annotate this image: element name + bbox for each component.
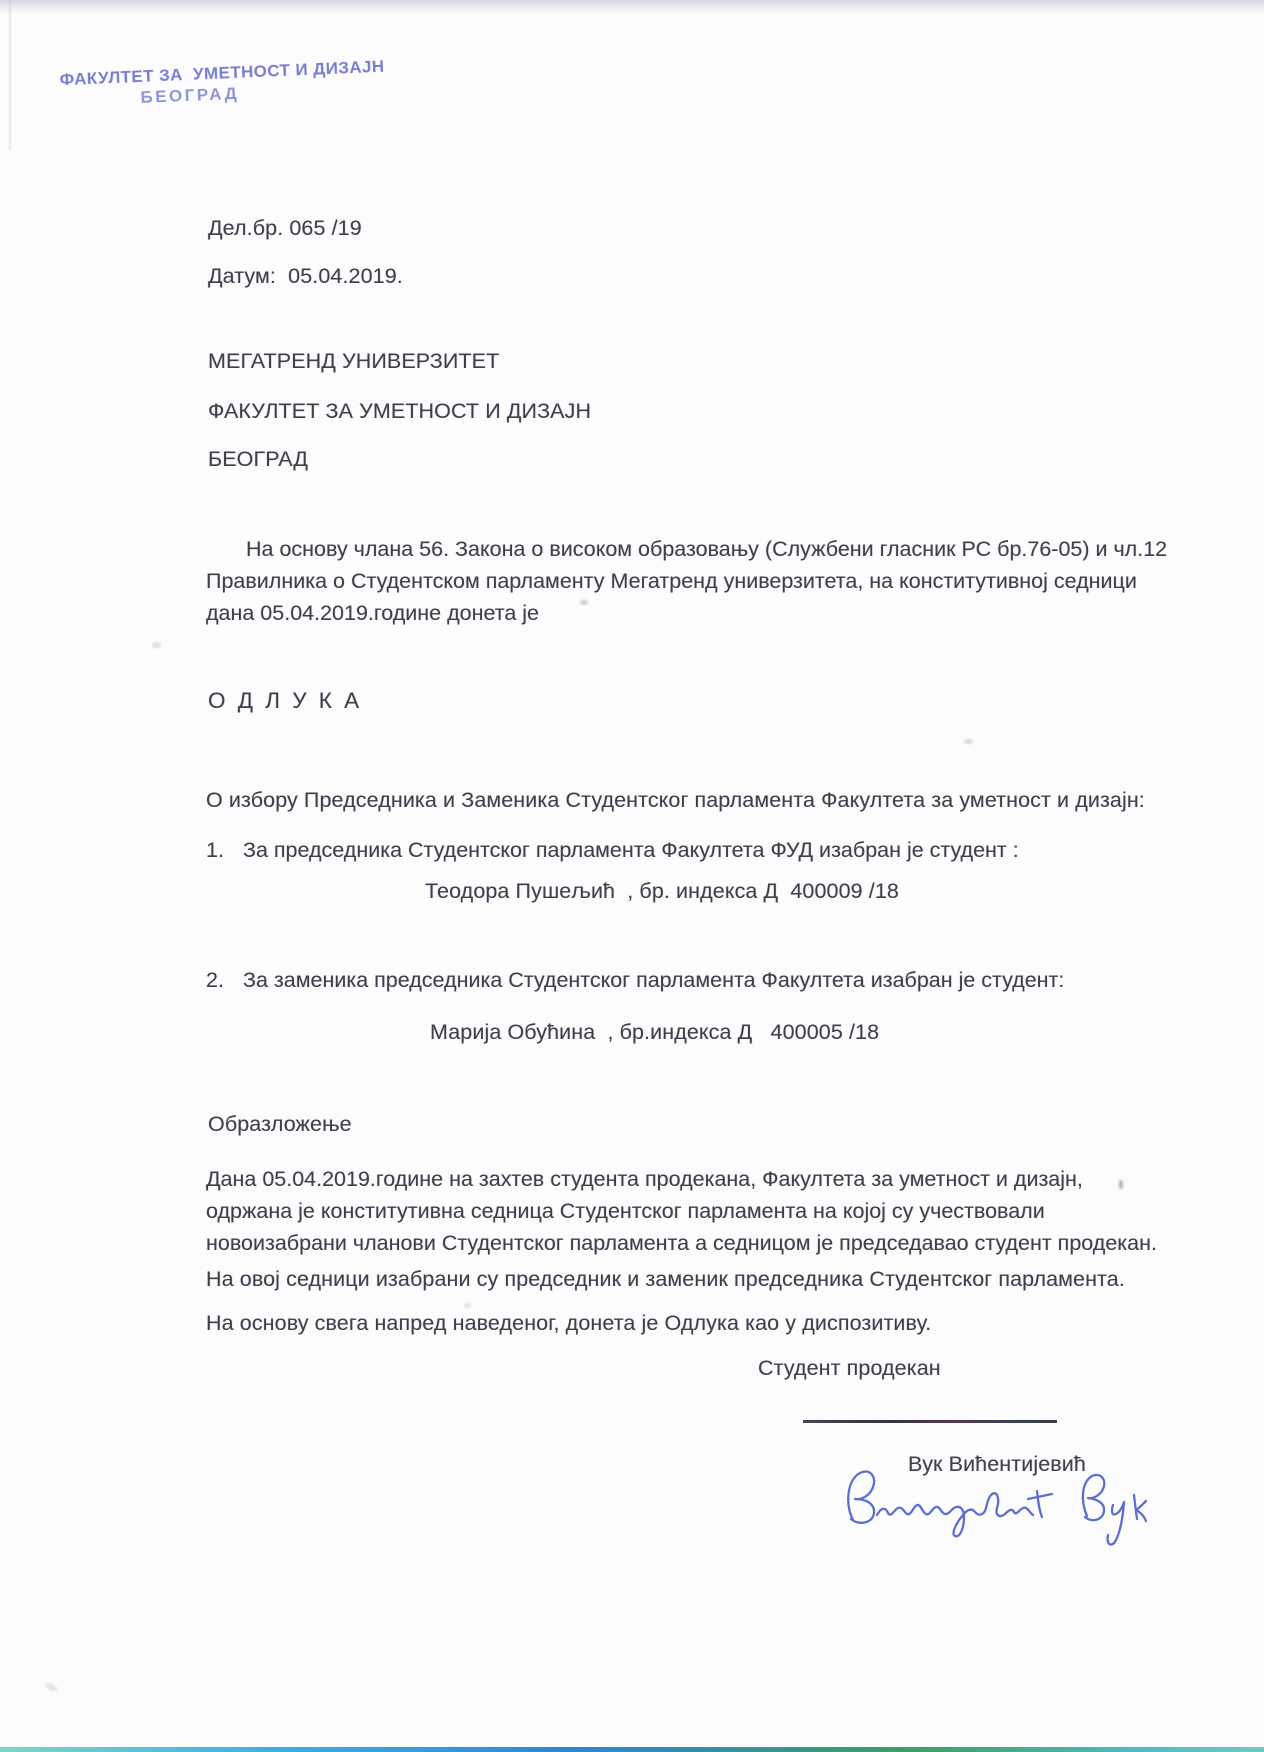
document-date: Датум: 05.04.2019. <box>208 264 403 289</box>
rationale-paragraph-3: На основу свега напред наведеног, донета… <box>206 1311 931 1336</box>
item-number: 2. <box>206 968 243 993</box>
signature-rule-line <box>803 1420 1057 1423</box>
preamble-line: Правилника о Студентском парламенту Мега… <box>206 565 1167 597</box>
preamble-paragraph: На основу члана 56. Закона о високом обр… <box>206 533 1167 629</box>
item-text: За председника Студентског парламента Фа… <box>243 838 1019 863</box>
elected-student-2: Марија Обућина , бр.индекса Д 400005 /18 <box>430 1020 879 1045</box>
preamble-line: На основу члана 56. Закона о високом обр… <box>206 533 1167 565</box>
decision-item-1: 1. За председника Студентског парламента… <box>206 838 1019 863</box>
rationale-line: новоизабрани чланови Студентског парламе… <box>206 1227 1157 1259</box>
scanner-edge-bottom <box>0 1747 1264 1752</box>
item-number: 1. <box>206 838 243 863</box>
scan-speck <box>464 1303 471 1308</box>
rationale-line: Дана 05.04.2019.године на захтев студент… <box>206 1163 1157 1195</box>
rationale-line: одржана је конститутивна седница Студент… <box>206 1195 1157 1227</box>
city-name: БЕОГРАД <box>208 447 308 472</box>
rationale-paragraph-2: На овој седници изабрани су председник и… <box>206 1267 1125 1292</box>
handwritten-signature <box>828 1458 1158 1553</box>
university-name: МЕГАТРЕНД УНИВЕРЗИТЕТ <box>208 349 499 374</box>
scanned-document-page: ФАКУЛТЕТ ЗА УМЕТНОСТ И ДИЗАЈН БЕОГРАД Де… <box>0 0 1264 1752</box>
scan-speck <box>152 642 161 648</box>
scanner-edge-top <box>0 0 1264 14</box>
scan-speck <box>43 1681 58 1692</box>
decision-title: О Д Л У К А <box>208 688 362 714</box>
rationale-heading: Образложење <box>208 1112 352 1137</box>
scan-speck <box>1119 1180 1123 1189</box>
reference-number: Дел.бр. 065 /19 <box>208 216 362 241</box>
faculty-name: ФАКУЛТЕТ ЗА УМЕТНОСТ И ДИЗАЈН <box>208 399 591 424</box>
scanner-edge-left <box>9 0 11 150</box>
elected-student-1: Теодора Пушељић , бр. индекса Д 400009 /… <box>425 879 899 904</box>
signatory-role: Студент продекан <box>758 1356 941 1381</box>
faculty-ink-stamp: ФАКУЛТЕТ ЗА УМЕТНОСТ И ДИЗАЈН БЕОГРАД <box>59 58 360 112</box>
rationale-paragraph-1: Дана 05.04.2019.године на захтев студент… <box>206 1163 1157 1259</box>
decision-subject: О избору Председника и Заменика Студентс… <box>206 788 1145 813</box>
preamble-line: дана 05.04.2019.године донета је <box>206 597 1167 629</box>
scan-speck <box>964 739 973 744</box>
scan-speck <box>580 600 588 605</box>
decision-item-2: 2. За заменика председника Студентског п… <box>206 968 1064 993</box>
item-text: За заменика председника Студентског парл… <box>243 968 1064 993</box>
